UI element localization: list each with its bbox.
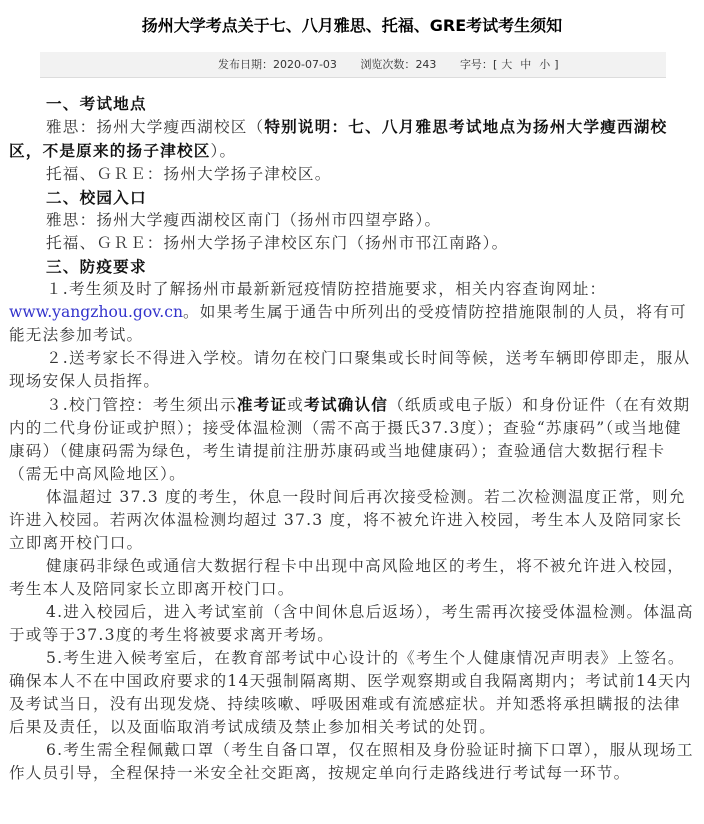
view-count: 浏览次数：243 (360, 58, 436, 71)
requirement-item-3: ３.校门管控：考生须出示准考证或考试确认信（纸质或电子版）和身份证件（在有效期内… (9, 393, 695, 486)
bracket-close: ] (554, 58, 558, 71)
requirement-item-2: ２.送考家长不得进入学校。请勿在校门口聚集或长时间等候，送考车辆即停即走，服从现… (9, 347, 695, 393)
section-heading-exam-location: 一、考试地点 (9, 92, 695, 115)
article-meta-bar: 发布日期：2020-07-03 浏览次数：243 字号：[大中小] (40, 52, 666, 78)
text: 或 (287, 396, 304, 414)
text: １.考生须及时了解扬州市最新新冠疫情防控措施要求，相关内容查询网址： (46, 280, 606, 298)
text: ）。 (211, 142, 237, 160)
article-title: 扬州大学考点关于七、八月雅思、托福、GRE考试考生须知 (0, 13, 704, 36)
confirmation-letter: 考试确认信 (304, 395, 388, 414)
publish-date: 发布日期：2020-07-03 (218, 58, 337, 71)
font-size-label: 字号： (460, 58, 493, 71)
font-size-small-link[interactable]: 小 (539, 58, 550, 71)
admission-ticket: 准考证 (237, 395, 287, 414)
yangzhou-gov-link[interactable]: www.yangzhou.gov.cn (9, 303, 183, 321)
requirement-item-5: 5.考生进入候考室后，在教育部考试中心设计的《考生个人健康情况声明表》上签名。确… (9, 647, 695, 739)
paragraph-ielts-entrance: 雅思：扬州大学瘦西湖校区南门（扬州市四望亭路）。 (9, 209, 695, 232)
paragraph-toefl-entrance: 托福、ＧＲＥ：扬州大学扬子津校区东门（扬州市邗江南路）。 (9, 232, 695, 255)
font-size-medium-link[interactable]: 中 (520, 58, 531, 71)
paragraph-ielts-location: 雅思：扬州大学瘦西湖校区（特别说明：七、八月雅思考试地点为扬州大学瘦西湖校区，不… (9, 115, 695, 163)
view-count-value: 243 (415, 58, 436, 71)
article-body: 一、考试地点 雅思：扬州大学瘦西湖校区（特别说明：七、八月雅思考试地点为扬州大学… (9, 92, 695, 785)
section-heading-campus-entrance: 二、校园入口 (9, 186, 695, 209)
publish-date-value: 2020-07-03 (273, 58, 337, 71)
font-size-large-link[interactable]: 大 (501, 58, 512, 71)
requirement-item-1: １.考生须及时了解扬州市最新新冠疫情防控措施要求，相关内容查询网址：www.ya… (9, 278, 695, 347)
font-size-switcher: 字号：[大中小] (460, 58, 559, 71)
requirement-item-3-health-code: 健康码非绿色或通信大数据行程卡中出现中高风险地区的考生，将不被允许进入校园，考生… (9, 555, 695, 601)
text: ３.校门管控：考生须出示 (46, 396, 237, 414)
requirement-item-3-temperature: 体温超过 37.3 度的考生，休息一段时间后再次接受检测。若二次检测温度正常，则… (9, 486, 695, 555)
paragraph-toefl-location: 托福、ＧＲＥ：扬州大学扬子津校区。 (9, 163, 695, 186)
section-heading-epidemic-requirements: 三、防疫要求 (9, 255, 695, 278)
bracket-open: [ (493, 58, 497, 71)
publish-date-label: 发布日期： (218, 58, 273, 71)
view-count-label: 浏览次数： (360, 58, 415, 71)
requirement-item-6: 6.考生需全程佩戴口罩（考生自备口罩，仅在照相及身份验证时摘下口罩），服从现场工… (9, 739, 695, 785)
requirement-item-4: 4.进入校园后，进入考试室前（含中间休息后返场），考生需再次接受体温检测。体温高… (9, 601, 695, 647)
text: 雅思：扬州大学瘦西湖校区（ (46, 118, 264, 136)
